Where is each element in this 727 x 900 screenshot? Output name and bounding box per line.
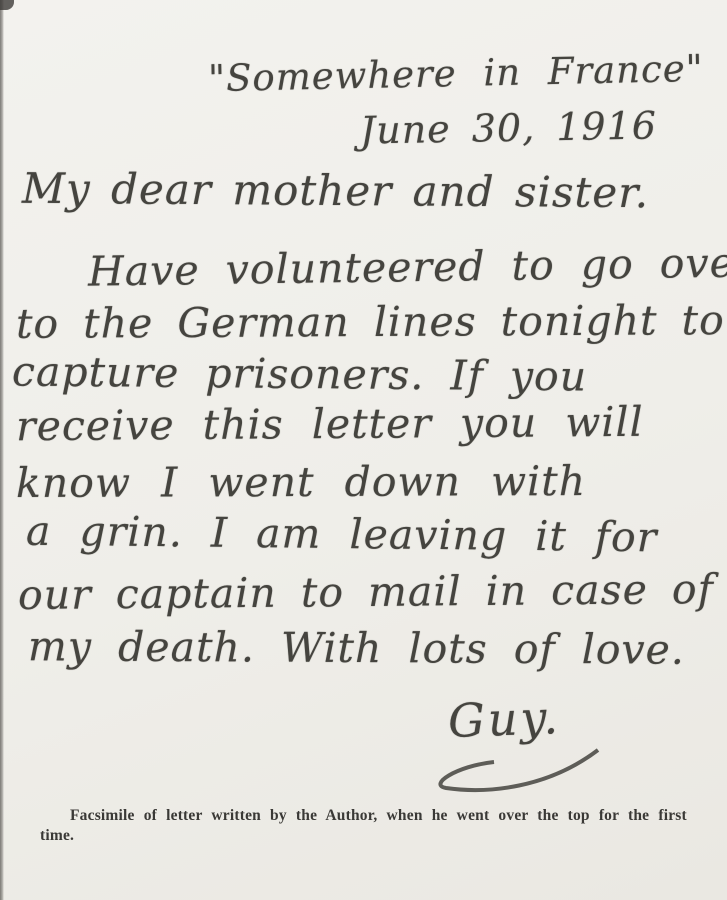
scan-corner-artifact xyxy=(0,0,14,10)
letter-line: Have volunteered to go over xyxy=(88,238,727,295)
letter-line: a grin. I am leaving it for xyxy=(26,507,658,562)
letter-salutation: My dear mother and sister. xyxy=(22,164,649,217)
scan-edge-artifact xyxy=(0,0,4,900)
letter-place-line: "Somewhere in France" xyxy=(208,47,704,100)
letter-line: capture prisoners. If you xyxy=(12,347,588,400)
letter-line: my death. With lots of love. xyxy=(28,622,685,673)
letter-line: receive this letter you will xyxy=(16,398,644,450)
caption: Facsimile of letter written by the Autho… xyxy=(40,806,700,846)
letter-line: know I went down with xyxy=(16,457,586,507)
signature-flourish xyxy=(398,748,608,794)
letter-line: our captain to mail in case of xyxy=(18,565,714,619)
scanned-page: "Somewhere in France" June 30, 1916 My d… xyxy=(0,0,727,900)
letter-signature: Guy. xyxy=(447,690,562,748)
letter-line: to the German lines tonight to xyxy=(16,296,725,348)
letter-date-line: June 30, 1916 xyxy=(360,103,658,152)
